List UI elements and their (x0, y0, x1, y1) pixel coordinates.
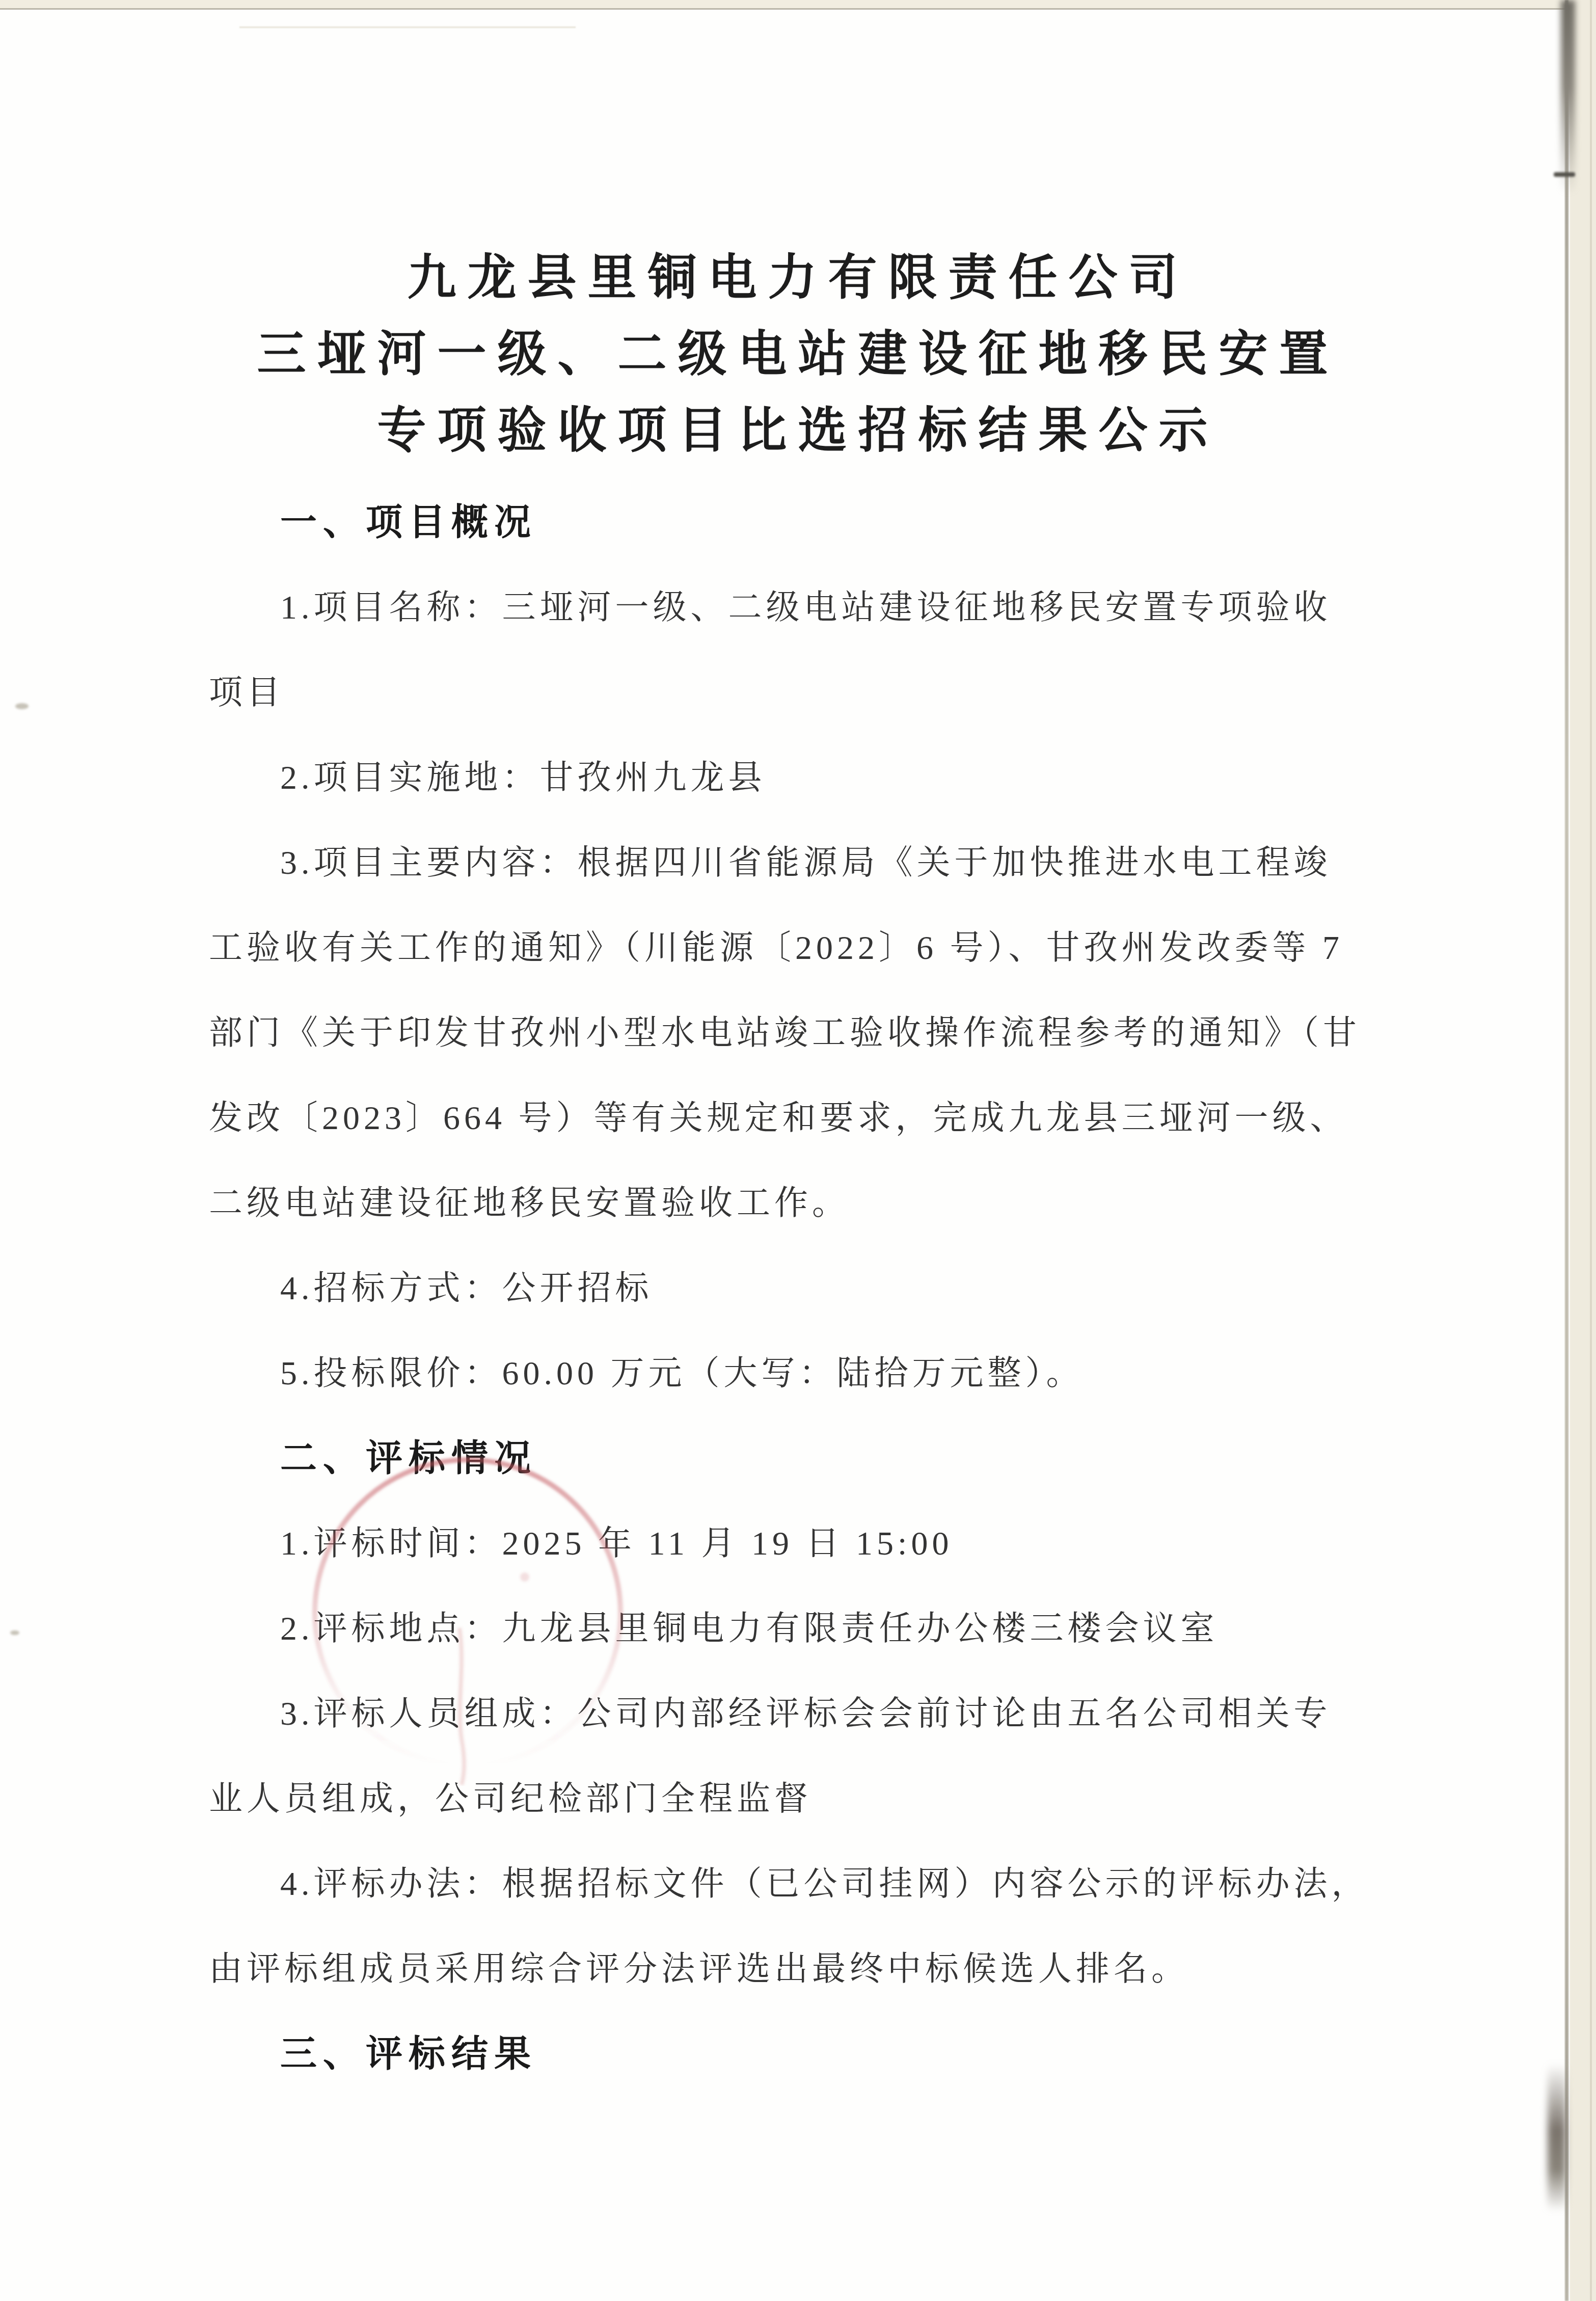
doc-line-evaluation-method-2: 由评标组成员采用综合评分法评选出最终中标候选人排名。 (209, 1927, 1596, 2012)
doc-line-project-content-3: 部门《关于印发甘孜州小型水电站竣工验收操作流程参考的通知》（甘 (209, 991, 1596, 1076)
scan-speck (15, 703, 29, 709)
doc-line-evaluation-time: 1.评标时间：2025 年 11 月 19 日 15:00 (209, 1501, 1596, 1586)
scan-edge-right (1570, 0, 1596, 2301)
document-title: 九龙县里铜电力有限责任公司 三垭河一级、二级电站建设征地移民安置 专项验收项目比… (0, 0, 1596, 469)
doc-line-evaluation-panel-1: 3.评标人员组成：公司内部经评标会会前讨论由五名公司相关专 (209, 1671, 1596, 1756)
doc-line-bid-method: 4.招标方式：公开招标 (209, 1246, 1596, 1331)
document-body: 一、项目概况 1.项目名称：三垭河一级、二级电站建设征地移民安置专项验收 项目 … (0, 480, 1596, 2097)
scan-speck (10, 1630, 19, 1635)
title-line-company: 九龙县里铜电力有限责任公司 (0, 239, 1596, 316)
doc-line-project-name: 1.项目名称：三垭河一级、二级电站建设征地移民安置专项验收 (209, 565, 1596, 650)
scan-smudge-top-right (1561, 0, 1575, 194)
doc-line-evaluation-method-1: 4.评标办法：根据招标文件（已公司挂网）内容公示的评标办法， (209, 1841, 1596, 1927)
doc-line-project-content-2: 工验收有关工作的通知》（川能源〔2022〕6 号）、甘孜州发改委等 7 (209, 905, 1596, 991)
doc-line-project-location: 2.项目实施地：甘孜州九龙县 (209, 735, 1596, 820)
section-heading-evaluation-result: 三、评标结果 (209, 2012, 1596, 2097)
scan-faint-line (239, 26, 576, 28)
doc-line-project-content-1: 3.项目主要内容：根据四川省能源局《关于加快推进水电工程竣 (209, 820, 1596, 905)
title-line-project: 三垭河一级、二级电站建设征地移民安置 (0, 316, 1596, 392)
section-heading-bid-evaluation: 二、评标情况 (209, 1416, 1596, 1501)
scan-mark-right (1554, 172, 1575, 177)
doc-line-evaluation-panel-2: 业人员组成，公司纪检部门全程监督 (209, 1756, 1596, 1841)
scan-edge-top (0, 0, 1596, 10)
scan-smudge-bottom-right (1548, 2064, 1566, 2211)
page-edge-shadow (1565, 0, 1568, 2301)
doc-line-project-content-4: 发改〔2023〕664 号）等有关规定和要求，完成九龙县三垭河一级、 (209, 1076, 1596, 1161)
scanned-document-page: 九龙县里铜电力有限责任公司 三垭河一级、二级电站建设征地移民安置 专项验收项目比… (0, 0, 1596, 2301)
doc-line-evaluation-place: 2.评标地点：九龙县里铜电力有限责任办公楼三楼会议室 (209, 1586, 1596, 1671)
section-heading-project-overview: 一、项目概况 (209, 480, 1596, 565)
scan-fold-line (1590, 0, 1592, 2301)
doc-line-project-content-5: 二级电站建设征地移民安置验收工作。 (209, 1161, 1596, 1246)
title-line-notice: 专项验收项目比选招标结果公示 (0, 392, 1596, 469)
doc-line-bid-price-limit: 5.投标限价：60.00 万元（大写：陆拾万元整）。 (209, 1331, 1596, 1416)
doc-line-project-name-cont: 项目 (209, 650, 1596, 735)
